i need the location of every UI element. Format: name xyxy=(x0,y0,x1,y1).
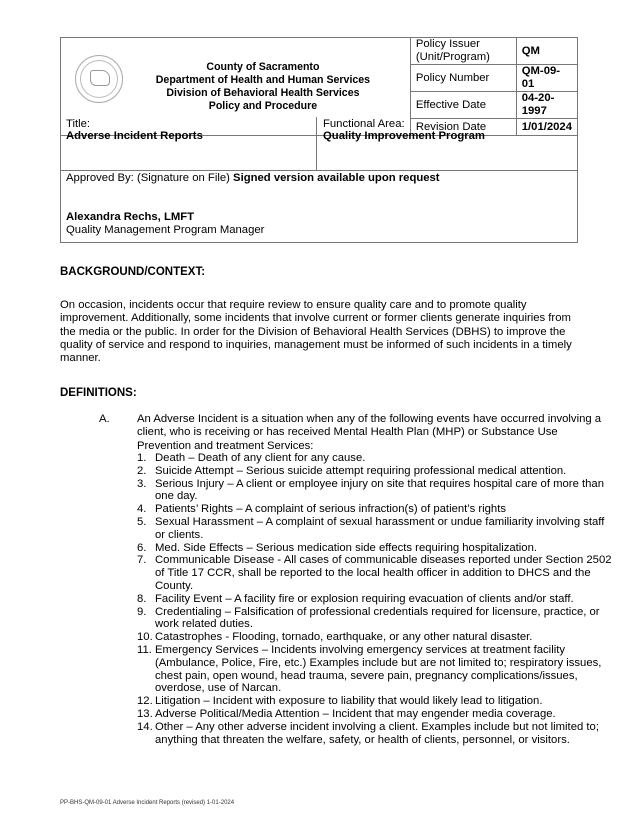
approved-by-label: Approved By: (Signature on File) xyxy=(66,172,233,184)
list-item: 12.Litigation – Incident with exposure t… xyxy=(137,695,617,708)
county-seal-icon xyxy=(75,55,123,103)
background-paragraph: On occasion, incidents occur that requir… xyxy=(60,299,580,365)
list-item-text: Credentialing – Falsification of profess… xyxy=(155,606,600,631)
list-item-text: Litigation – Incident with exposure to l… xyxy=(155,695,542,707)
list-item-number: 2. xyxy=(137,465,146,478)
title-label: Title: xyxy=(66,118,203,130)
list-item: 9.Credentialing – Falsification of profe… xyxy=(137,606,617,632)
policy-issuer-value: QM xyxy=(516,38,577,65)
list-item-text: Suicide Attempt – Serious suicide attemp… xyxy=(155,465,566,477)
effective-date-label: Effective Date xyxy=(410,92,516,119)
list-item-text: Communicable Disease - All cases of comm… xyxy=(155,554,612,592)
functional-area-value: Quality Improvement Program xyxy=(323,130,485,142)
signed-version-note: Signed version available upon request xyxy=(233,172,440,184)
title-row: Title: Adverse Incident Reports Function… xyxy=(60,117,578,171)
list-item: 3.Serious Injury – A client or employee … xyxy=(137,478,617,504)
list-item: 14.Other – Any other adverse incident in… xyxy=(137,721,617,747)
column-divider xyxy=(316,117,317,170)
policy-number-label: Policy Number xyxy=(410,65,516,92)
list-item-number: 5. xyxy=(137,516,146,529)
list-item-number: 9. xyxy=(137,606,146,619)
policy-number-value: QM-09-01 xyxy=(516,65,577,92)
policy-issuer-label: Policy Issuer (Unit/Program) xyxy=(410,38,516,65)
list-item-text: Death – Death of any client for any caus… xyxy=(155,452,365,464)
definition-a-marker: A. xyxy=(99,413,110,425)
list-item-text: Catastrophes - Flooding, tornado, earthq… xyxy=(155,631,532,643)
background-heading: BACKGROUND/CONTEXT: xyxy=(60,266,205,278)
list-item-text: Adverse Political/Media Attention – Inci… xyxy=(155,708,556,720)
effective-date-value: 04-20-1997 xyxy=(516,92,577,119)
list-item: 2.Suicide Attempt – Serious suicide atte… xyxy=(137,465,617,478)
approver-name: Alexandra Rechs, LMFT xyxy=(66,211,572,224)
list-item-text: Other – Any other adverse incident invol… xyxy=(155,721,599,746)
list-item-number: 8. xyxy=(137,593,146,606)
list-item-text: Med. Side Effects – Serious medication s… xyxy=(155,542,537,554)
list-item-number: 14. xyxy=(137,721,153,734)
definitions-heading: DEFINITIONS: xyxy=(60,387,137,399)
list-item: 5.Sexual Harassment – A complaint of sex… xyxy=(137,516,617,542)
org-line-department: Department of Health and Human Services xyxy=(121,74,405,87)
list-item-number: 13. xyxy=(137,708,153,721)
list-item-text: Facility Event – A facility fire or expl… xyxy=(155,593,574,605)
list-item-number: 12. xyxy=(137,695,153,708)
list-item-number: 3. xyxy=(137,478,146,491)
org-line-division: Division of Behavioral Health Services xyxy=(121,87,405,100)
list-item-number: 7. xyxy=(137,554,146,567)
list-item-text: Serious Injury – A client or employee in… xyxy=(155,478,604,503)
org-line-doc-type: Policy and Procedure xyxy=(121,100,405,113)
definition-a-text: An Adverse Incident is a situation when … xyxy=(137,413,607,453)
list-item: 13.Adverse Political/Media Attention – I… xyxy=(137,708,617,721)
list-item: 1.Death – Death of any client for any ca… xyxy=(137,452,617,465)
functional-area-label: Functional Area: xyxy=(323,118,485,130)
list-item: 8.Facility Event – A facility fire or ex… xyxy=(137,593,617,606)
org-line-county: County of Sacramento xyxy=(121,61,405,74)
document-footer: PP-BHS-QM-09-01 Adverse Incident Reports… xyxy=(60,800,234,806)
list-item-number: 10. xyxy=(137,631,153,644)
list-item: 7.Communicable Disease - All cases of co… xyxy=(137,554,617,592)
list-item-number: 4. xyxy=(137,503,146,516)
list-item-text: Sexual Harassment – A complaint of sexua… xyxy=(155,516,604,541)
approval-block: Approved By: (Signature on File) Signed … xyxy=(60,171,578,243)
list-item-text: Emergency Services – Incidents involving… xyxy=(155,644,601,694)
list-item-number: 11. xyxy=(137,644,152,657)
list-item-text: Patients’ Rights – A complaint of seriou… xyxy=(155,503,506,515)
list-item: 6.Med. Side Effects – Serious medication… xyxy=(137,542,617,555)
list-item: 11.Emergency Services – Incidents involv… xyxy=(137,644,617,695)
policy-title: Adverse Incident Reports xyxy=(66,130,203,142)
approver-role: Quality Management Program Manager xyxy=(66,224,572,237)
list-item-number: 1. xyxy=(137,452,146,465)
list-item: 10.Catastrophes - Flooding, tornado, ear… xyxy=(137,631,617,644)
incident-type-list: 1.Death – Death of any client for any ca… xyxy=(137,452,617,746)
list-item-number: 6. xyxy=(137,542,146,555)
list-item: 4.Patients’ Rights – A complaint of seri… xyxy=(137,503,617,516)
